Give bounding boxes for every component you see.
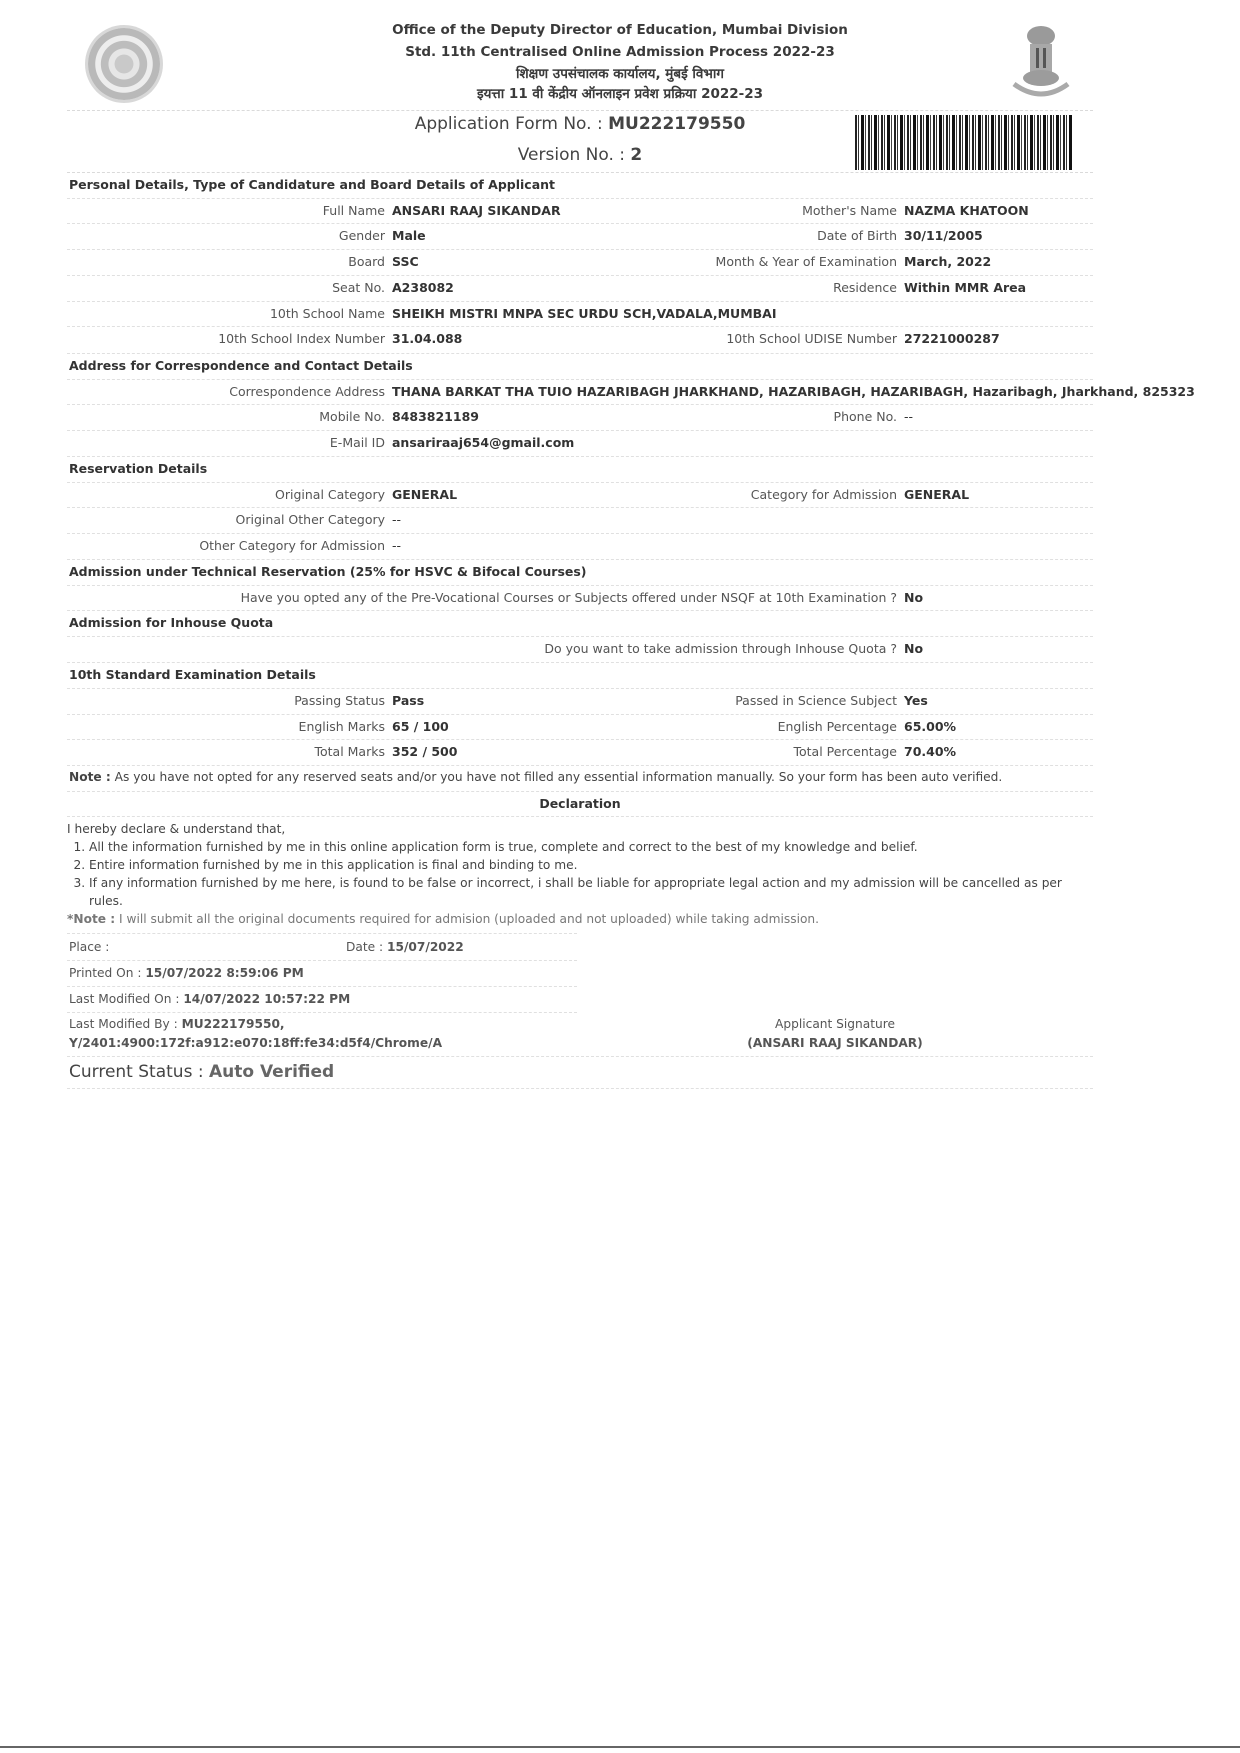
row-school-index: 10th School Index Number 31.04.088 10th …	[67, 326, 1093, 351]
date-of-birth: 30/11/2005	[904, 223, 983, 248]
board: SSC	[392, 249, 419, 274]
original-other-category: --	[392, 507, 401, 532]
row-gender: Gender Male Date of Birth 30/11/2005	[67, 223, 1093, 248]
email-id: ansariraaj654@gmail.com	[392, 430, 574, 455]
passing-status: Pass	[392, 688, 424, 713]
row-other-category-admission: Other Category for Admission --	[67, 533, 1093, 558]
school-udise-number: 27221000287	[904, 326, 1000, 351]
row-mobile: Mobile No. 8483821189 Phone No. --	[67, 404, 1093, 429]
header-office-marathi: शिक्षण उपसंचालक कार्यालय, मुंबई विभाग	[0, 64, 1240, 82]
school-name: SHEIKH MISTRI MNPA SEC URDU SCH,VADALA,M…	[392, 301, 777, 326]
section-inhouse: Admission for Inhouse Quota	[69, 610, 273, 635]
row-passing: Passing Status Pass Passed in Science Su…	[67, 688, 1093, 713]
section-technical: Admission under Technical Reservation (2…	[69, 559, 587, 584]
original-category: GENERAL	[392, 482, 457, 507]
row-school-name: 10th School Name SHEIKH MISTRI MNPA SEC …	[67, 301, 1093, 326]
total-marks: 352 / 500	[392, 739, 457, 764]
last-modified-by: Last Modified By : MU222179550, Y/2401:4…	[69, 1015, 442, 1053]
exam-month-year: March, 2022	[904, 249, 991, 274]
other-category-admission: --	[392, 533, 401, 558]
total-percentage: 70.40%	[904, 739, 956, 764]
row-english: English Marks 65 / 100 English Percentag…	[67, 714, 1093, 739]
row-address: Correspondence Address THANA BARKAT THA …	[67, 379, 1093, 404]
section-exam: 10th Standard Examination Details	[69, 662, 316, 687]
phone-number: --	[904, 404, 913, 429]
nsqf-answer: No	[904, 585, 923, 610]
row-email: E-Mail ID ansariraaj654@gmail.com	[67, 430, 1093, 455]
section-personal: Personal Details, Type of Candidature an…	[69, 172, 555, 197]
printed-on: Printed On : 15/07/2022 8:59:06 PM	[69, 961, 304, 986]
header-process-marathi: इयत्ता 11 वी केंद्रीय ऑनलाइन प्रवेश प्रक…	[0, 84, 1240, 102]
section-reservation: Reservation Details	[69, 456, 207, 481]
seat-number: A238082	[392, 275, 454, 300]
row-total: Total Marks 352 / 500 Total Percentage 7…	[67, 739, 1093, 764]
declaration-item: Entire information furnished by me in th…	[89, 856, 1093, 874]
full-name: ANSARI RAAJ SIKANDAR	[392, 198, 561, 223]
row-category: Original Category GENERAL Category for A…	[67, 482, 1093, 507]
row-nsqf-question: Have you opted any of the Pre-Vocational…	[67, 585, 1093, 610]
section-contact: Address for Correspondence and Contact D…	[69, 353, 413, 378]
residence: Within MMR Area	[904, 275, 1026, 300]
row-original-other-category: Original Other Category --	[67, 507, 1093, 532]
header-process: Std. 11th Centralised Online Admission P…	[0, 44, 1240, 60]
row-full-name: Full Name ANSARI RAAJ SIKANDAR Mother's …	[67, 198, 1093, 223]
page-bottom-edge	[0, 1746, 1240, 1748]
english-percentage: 65.00%	[904, 714, 956, 739]
last-modified-on: Last Modified On : 14/07/2022 10:57:22 P…	[69, 987, 350, 1012]
gender: Male	[392, 223, 426, 248]
row-board: Board SSC Month & Year of Examination Ma…	[67, 249, 1093, 274]
applicant-signature: Applicant Signature (ANSARI RAAJ SIKANDA…	[620, 1015, 1050, 1053]
correspondence-address: THANA BARKAT THA TUIO HAZARIBAGH JHARKHA…	[392, 379, 1195, 404]
school-index-number: 31.04.088	[392, 326, 462, 351]
status-badge: Auto Verified	[209, 1062, 334, 1082]
declaration-item: If any information furnished by me here,…	[89, 874, 1093, 910]
declaration-title: Declaration	[67, 791, 1093, 816]
admission-category: GENERAL	[904, 482, 969, 507]
barcode-icon	[855, 115, 1073, 170]
mobile-number: 8483821189	[392, 404, 479, 429]
declaration-item: All the information furnished by me in t…	[89, 838, 1093, 856]
inhouse-answer: No	[904, 636, 923, 661]
mother-name: NAZMA KHATOON	[904, 198, 1029, 223]
row-seat: Seat No. A238082 Residence Within MMR Ar…	[67, 275, 1093, 300]
place-field: Place :	[69, 935, 109, 960]
english-marks: 65 / 100	[392, 714, 449, 739]
auto-verified-note: Note : As you have not opted for any res…	[69, 765, 1002, 790]
header-office: Office of the Deputy Director of Educati…	[0, 22, 1240, 38]
row-inhouse-question: Do you want to take admission through In…	[67, 636, 1093, 661]
passed-science: Yes	[904, 688, 928, 713]
current-status: Current Status : Auto Verified	[69, 1060, 334, 1085]
declaration-text: I hereby declare & understand that, All …	[67, 820, 1093, 928]
date-field: Date : 15/07/2022	[346, 935, 464, 960]
